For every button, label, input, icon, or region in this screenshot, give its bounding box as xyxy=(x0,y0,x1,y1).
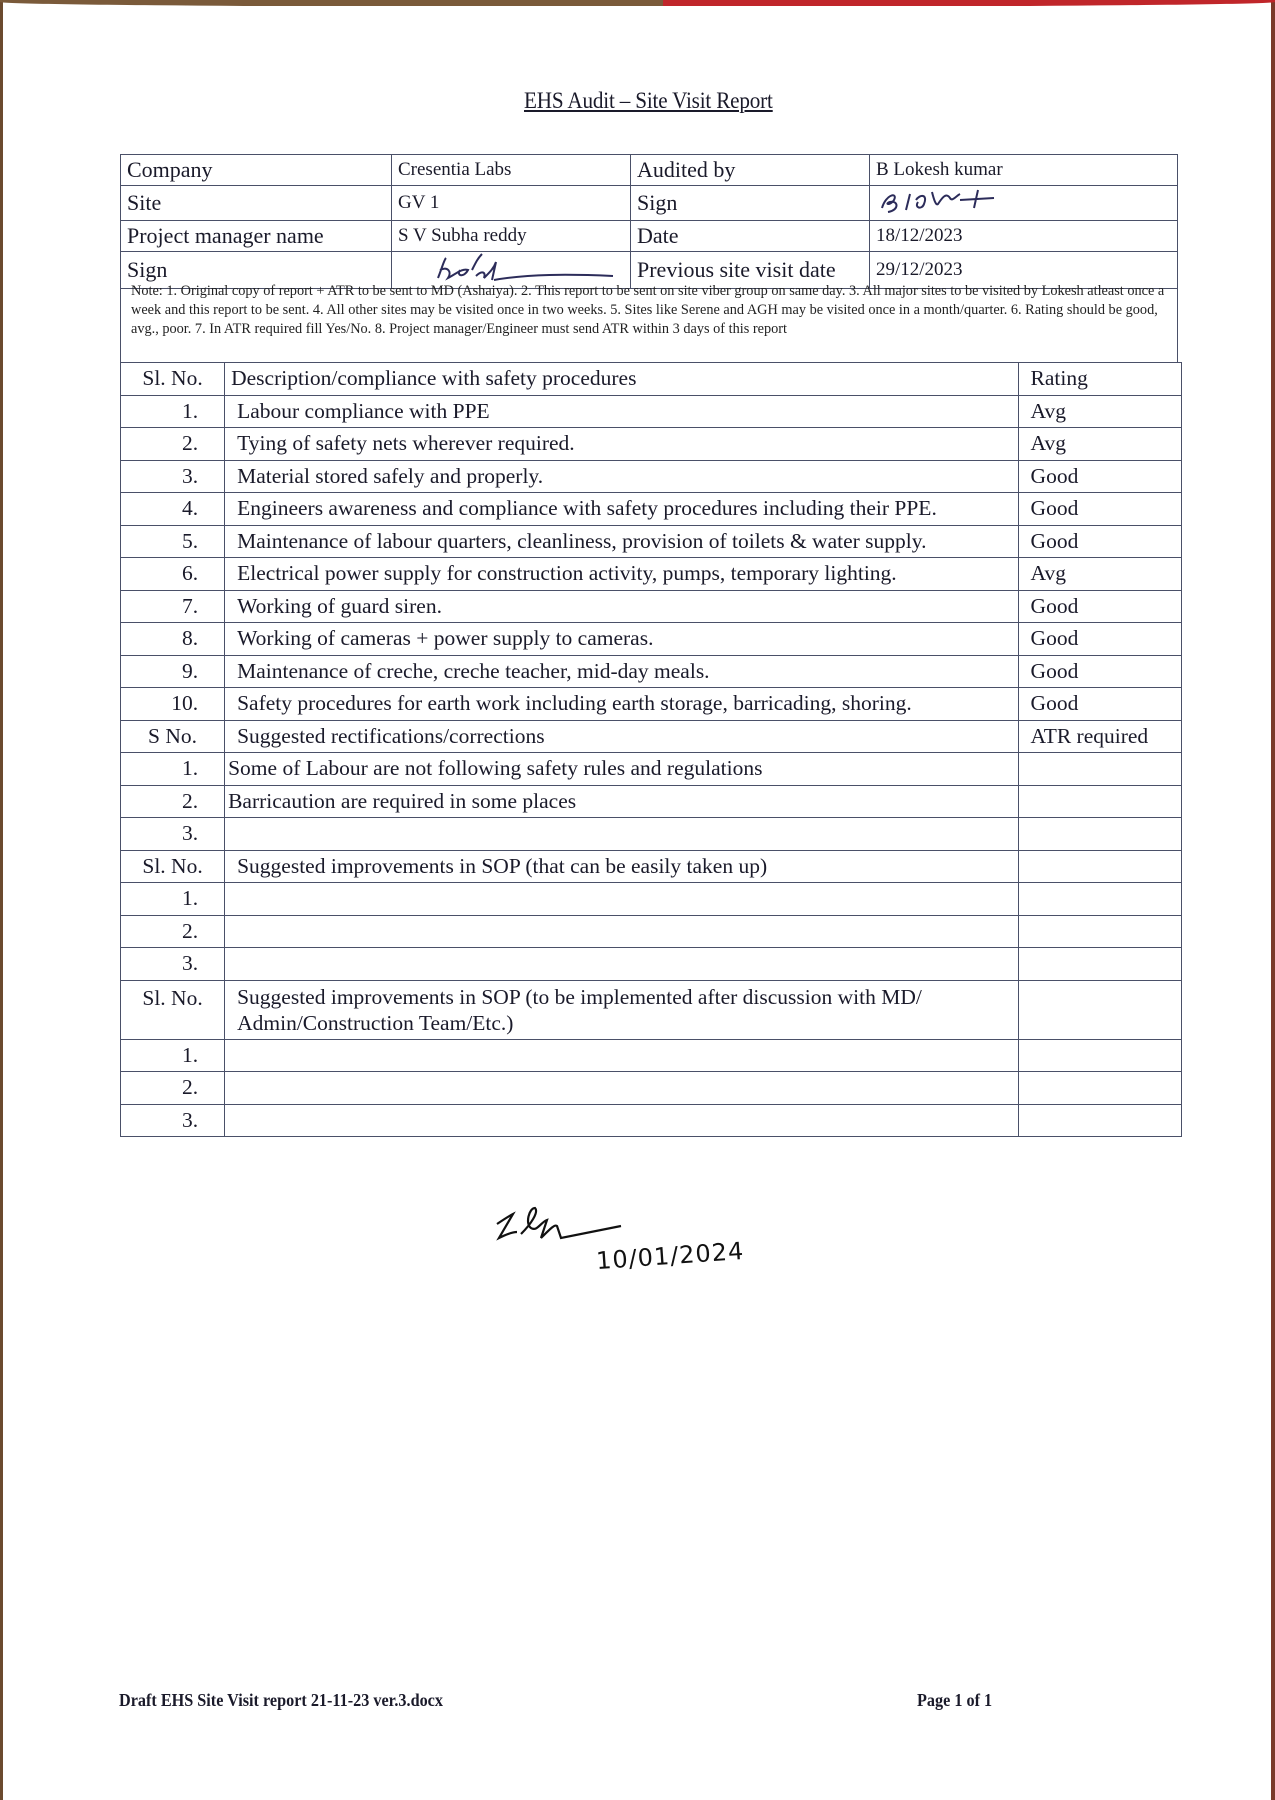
row-atr xyxy=(1018,1039,1181,1072)
compliance-table: Sl. No. Description/compliance with safe… xyxy=(120,362,1182,1137)
audited-by-label: Audited by xyxy=(631,155,870,186)
table-row: 1. xyxy=(121,1039,1182,1072)
row-rating: Avg xyxy=(1018,395,1181,428)
sop-easy-header: Suggested improvements in SOP (that can … xyxy=(225,850,1018,883)
row-description: Barricaution are required in some places xyxy=(225,785,1018,818)
row-rating: Good xyxy=(1018,525,1181,558)
table-row: 3. xyxy=(121,818,1182,851)
row-number: 6. xyxy=(121,558,225,591)
row-rating: Good xyxy=(1018,460,1181,493)
row-rating: Good xyxy=(1018,688,1181,721)
company-label: Company xyxy=(121,155,392,186)
row-atr xyxy=(1018,883,1181,916)
description-header: Description/compliance with safety proce… xyxy=(225,363,1018,396)
row-number: 4. xyxy=(121,493,225,526)
row-description: Tying of safety nets wherever required. xyxy=(225,428,1018,461)
table-row: 9.Maintenance of creche, creche teacher,… xyxy=(121,655,1182,688)
sop-easy-rows: 1.2.3. xyxy=(121,883,1182,981)
sl-no-header: Sl. No. xyxy=(121,363,225,396)
table-row: 7.Working of guard siren.Good xyxy=(121,590,1182,623)
info-row-company: Company Cresentia Labs Audited by B Loke… xyxy=(121,155,1178,186)
rectifications-header: Suggested rectifications/corrections xyxy=(225,720,1018,753)
rating-header: Rating xyxy=(1018,363,1181,396)
row-number: 3. xyxy=(121,948,225,981)
sop-easy-atr-cell xyxy=(1018,850,1181,883)
table-row: 8.Working of cameras + power supply to c… xyxy=(121,623,1182,656)
row-description: Some of Labour are not following safety … xyxy=(225,753,1018,786)
row-number: 3. xyxy=(121,818,225,851)
table-row: 1. xyxy=(121,883,1182,916)
row-description: Working of guard siren. xyxy=(225,590,1018,623)
row-description: Labour compliance with PPE xyxy=(225,395,1018,428)
rectifications-header-row: S No. Suggested rectifications/correctio… xyxy=(121,720,1182,753)
row-rating: Avg xyxy=(1018,428,1181,461)
row-atr xyxy=(1018,948,1181,981)
row-rating: Good xyxy=(1018,493,1181,526)
row-number: 5. xyxy=(121,525,225,558)
row-description xyxy=(225,915,1018,948)
row-rating: Good xyxy=(1018,590,1181,623)
row-rating: Good xyxy=(1018,655,1181,688)
row-atr xyxy=(1018,785,1181,818)
row-description: Electrical power supply for construction… xyxy=(225,558,1018,591)
instructions-note: Note: 1. Original copy of report + ATR t… xyxy=(120,280,1178,362)
company-value: Cresentia Labs xyxy=(392,155,631,186)
compliance-header-row: Sl. No. Description/compliance with safe… xyxy=(121,363,1182,396)
auditor-sign-label: Sign xyxy=(631,186,870,221)
pm-name-label: Project manager name xyxy=(121,221,392,252)
footer-filename: Draft EHS Site Visit report 21-11-23 ver… xyxy=(119,1690,443,1711)
row-description xyxy=(225,1072,1018,1105)
table-row: 1.Some of Labour are not following safet… xyxy=(121,753,1182,786)
row-description xyxy=(225,1039,1018,1072)
table-row: 2. xyxy=(121,915,1182,948)
sop-discussion-rows: 1.2.3. xyxy=(121,1039,1182,1137)
site-label: Site xyxy=(121,186,392,221)
row-number: 2. xyxy=(121,428,225,461)
table-row: 3. xyxy=(121,948,1182,981)
sop-easy-no-header: Sl. No. xyxy=(121,850,225,883)
row-description xyxy=(225,883,1018,916)
sop-discussion-atr-cell xyxy=(1018,980,1181,1039)
sop-discussion-header-row: Sl. No. Suggested improvements in SOP (t… xyxy=(121,980,1182,1039)
row-number: 3. xyxy=(121,460,225,493)
page-title: EHS Audit – Site Visit Report xyxy=(524,88,773,114)
auditor-signature-icon xyxy=(876,186,1016,214)
row-atr xyxy=(1018,1072,1181,1105)
row-description: Working of cameras + power supply to cam… xyxy=(225,623,1018,656)
row-number: 2. xyxy=(121,915,225,948)
date-label: Date xyxy=(631,221,870,252)
row-description xyxy=(225,818,1018,851)
row-atr xyxy=(1018,753,1181,786)
row-description: Engineers awareness and compliance with … xyxy=(225,493,1018,526)
row-number: 1. xyxy=(121,753,225,786)
header-info-table: Company Cresentia Labs Audited by B Loke… xyxy=(120,154,1178,289)
table-row: 4.Engineers awareness and compliance wit… xyxy=(121,493,1182,526)
sop-easy-header-row: Sl. No. Suggested improvements in SOP (t… xyxy=(121,850,1182,883)
row-number: 7. xyxy=(121,590,225,623)
row-description: Maintenance of creche, creche teacher, m… xyxy=(225,655,1018,688)
table-row: 3.Material stored safely and properly.Go… xyxy=(121,460,1182,493)
row-description: Maintenance of labour quarters, cleanlin… xyxy=(225,525,1018,558)
sop-discussion-header: Suggested improvements in SOP (to be imp… xyxy=(225,980,1018,1039)
row-atr xyxy=(1018,818,1181,851)
row-description xyxy=(225,1104,1018,1137)
footer-page-number: Page 1 of 1 xyxy=(917,1690,992,1711)
table-row: 10.Safety procedures for earth work incl… xyxy=(121,688,1182,721)
row-rating: Good xyxy=(1018,623,1181,656)
row-number: 2. xyxy=(121,1072,225,1105)
row-number: 1. xyxy=(121,883,225,916)
row-number: 9. xyxy=(121,655,225,688)
s-no-header: S No. xyxy=(121,720,225,753)
handwritten-signoff: 10/01/2024 xyxy=(491,1198,791,1278)
compliance-rows: 1.Labour compliance with PPEAvg2.Tying o… xyxy=(121,395,1182,720)
row-number: 8. xyxy=(121,623,225,656)
table-row: 3. xyxy=(121,1104,1182,1137)
row-atr xyxy=(1018,1104,1181,1137)
info-row-pm: Project manager name S V Subha reddy Dat… xyxy=(121,221,1178,252)
date-value: 18/12/2023 xyxy=(870,221,1178,252)
row-number: 2. xyxy=(121,785,225,818)
atr-required-header: ATR required xyxy=(1018,720,1181,753)
row-number: 1. xyxy=(121,395,225,428)
row-description xyxy=(225,948,1018,981)
sop-discussion-no-header: Sl. No. xyxy=(121,980,225,1039)
row-description: Material stored safely and properly. xyxy=(225,460,1018,493)
table-row: 2.Tying of safety nets wherever required… xyxy=(121,428,1182,461)
table-row: 6.Electrical power supply for constructi… xyxy=(121,558,1182,591)
document-page: EHS Audit – Site Visit Report Company Cr… xyxy=(3,6,1270,1800)
rectification-rows: 1.Some of Labour are not following safet… xyxy=(121,753,1182,851)
table-row: 1.Labour compliance with PPEAvg xyxy=(121,395,1182,428)
pm-signature-icon xyxy=(398,252,618,282)
row-description: Safety procedures for earth work includi… xyxy=(225,688,1018,721)
pm-name-value: S V Subha reddy xyxy=(392,221,631,252)
table-row: 2.Barricaution are required in some plac… xyxy=(121,785,1182,818)
row-number: 3. xyxy=(121,1104,225,1137)
table-row: 2. xyxy=(121,1072,1182,1105)
row-number: 1. xyxy=(121,1039,225,1072)
row-atr xyxy=(1018,915,1181,948)
table-row: 5.Maintenance of labour quarters, cleanl… xyxy=(121,525,1182,558)
row-number: 10. xyxy=(121,688,225,721)
audited-by-value: B Lokesh kumar xyxy=(870,155,1178,186)
site-value: GV 1 xyxy=(392,186,631,221)
auditor-signature xyxy=(870,186,1178,221)
info-row-site: Site GV 1 Sign xyxy=(121,186,1178,221)
row-rating: Avg xyxy=(1018,558,1181,591)
